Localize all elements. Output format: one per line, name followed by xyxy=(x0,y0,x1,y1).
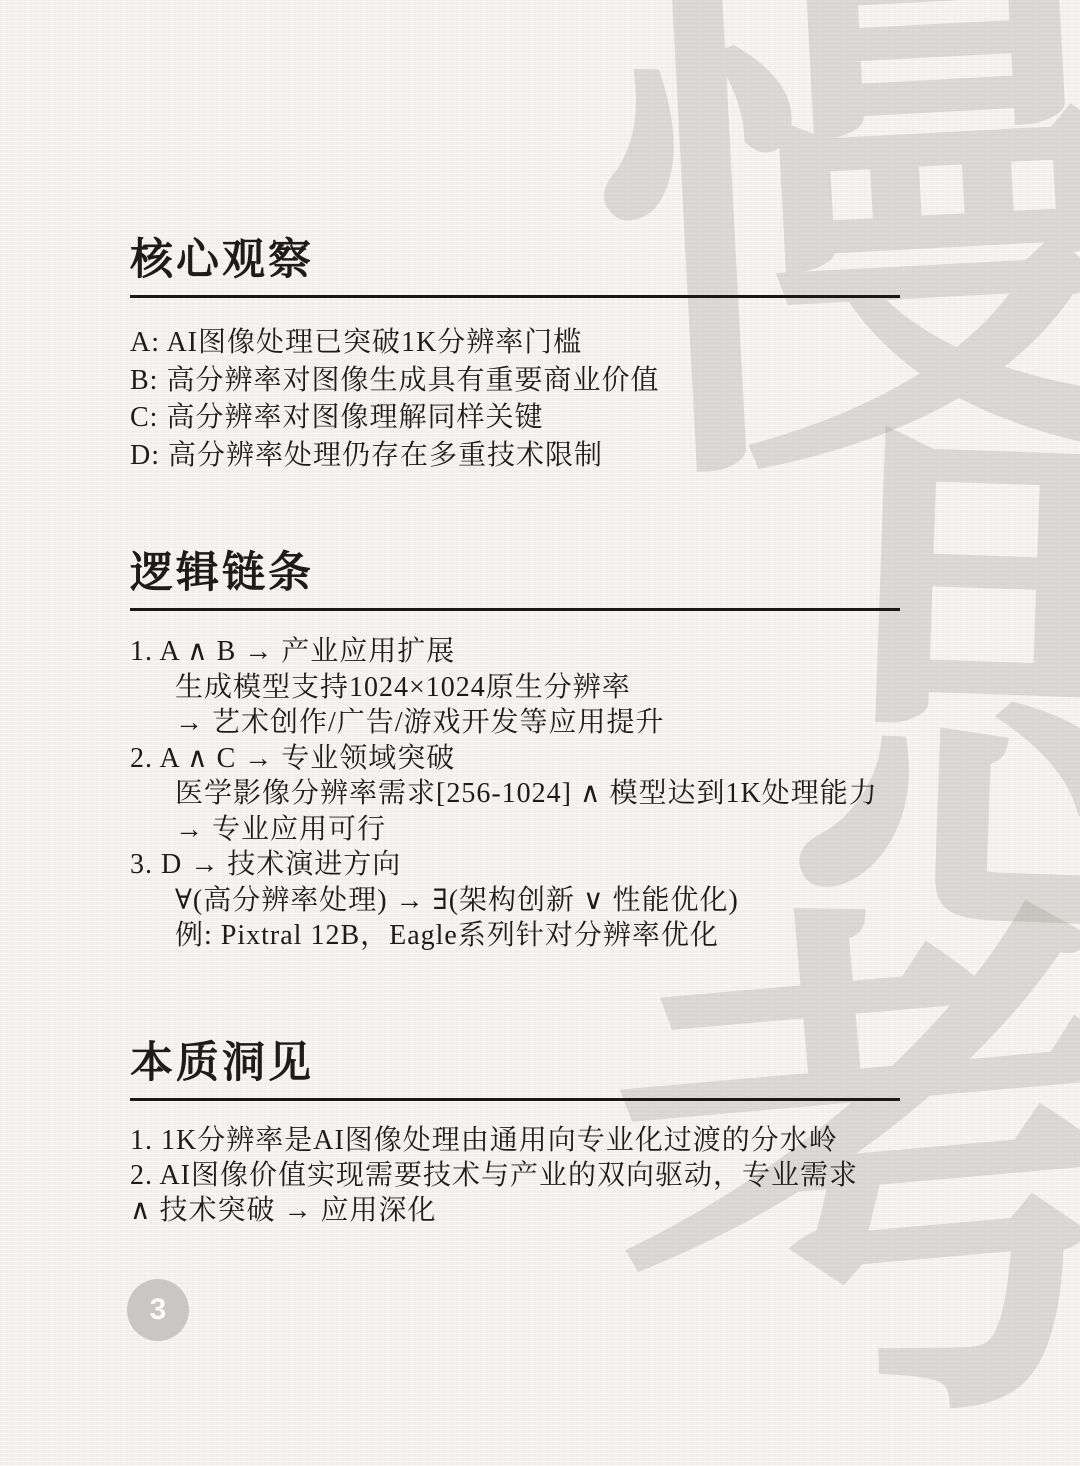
page-number-badge: 3 xyxy=(127,1279,189,1341)
logic-item-3-example: 例: Pixtral 12B，Eagle系列针对分辨率优化 xyxy=(130,918,970,954)
logic-item-2-result: → 专业应用可行 xyxy=(130,812,970,848)
insight-item-2: 2. AI图像价值实现需要技术与产业的双向驱动，专业需求 xyxy=(130,1158,970,1193)
observation-item-a: A: AI图像处理已突破1K分辨率门槛 xyxy=(130,324,970,362)
observation-list: A: AI图像处理已突破1K分辨率门槛 B: 高分辨率对图像生成具有重要商业价值… xyxy=(130,324,970,474)
logic-chain-list: 1. A ∧ B → 产业应用扩展 生成模型支持1024×1024原生分辨率 →… xyxy=(130,634,970,954)
logic-item-3: 3. D → 技术演进方向 xyxy=(130,847,970,883)
section-core-observations: 核心观察 A: AI图像处理已突破1K分辨率门槛 B: 高分辨率对图像生成具有重… xyxy=(130,236,970,474)
logic-item-3-detail: ∀(高分辨率处理) → ∃(架构创新 ∨ 性能优化) xyxy=(130,883,970,919)
logic-item-1: 1. A ∧ B → 产业应用扩展 xyxy=(130,634,970,670)
observation-item-d: D: 高分辨率处理仍存在多重技术限制 xyxy=(130,437,970,475)
section-essential-insights: 本质洞见 1. 1K分辨率是AI图像处理由通用向专业化过渡的分水岭 2. AI图… xyxy=(130,1039,970,1228)
divider-rule xyxy=(130,608,900,611)
logic-item-1-result: → 艺术创作/广告/游戏开发等应用提升 xyxy=(130,705,970,741)
logic-item-1-detail: 生成模型支持1024×1024原生分辨率 xyxy=(130,670,970,706)
observation-item-b: B: 高分辨率对图像生成具有重要商业价值 xyxy=(130,362,970,400)
logic-item-2: 2. A ∧ C → 专业领域突破 xyxy=(130,741,970,777)
section-title: 逻辑链条 xyxy=(130,549,970,599)
insight-item-2-continued: ∧ 技术突破 → 应用深化 xyxy=(130,1193,970,1228)
document-page: 慢 思 考 核心观察 A: AI图像处理已突破1K分辨率门槛 B: 高分辨率对图… xyxy=(0,0,1080,1466)
section-title: 核心观察 xyxy=(130,236,970,286)
observation-item-c: C: 高分辨率对图像理解同样关键 xyxy=(130,399,970,437)
divider-rule xyxy=(130,295,900,298)
insight-item-1: 1. 1K分辨率是AI图像处理由通用向专业化过渡的分水岭 xyxy=(130,1123,970,1158)
insight-list: 1. 1K分辨率是AI图像处理由通用向专业化过渡的分水岭 2. AI图像价值实现… xyxy=(130,1123,970,1228)
logic-item-2-detail: 医学影像分辨率需求[256-1024] ∧ 模型达到1K处理能力 xyxy=(130,776,970,812)
section-title: 本质洞见 xyxy=(130,1039,970,1089)
section-logic-chain: 逻辑链条 1. A ∧ B → 产业应用扩展 生成模型支持1024×1024原生… xyxy=(130,549,970,954)
divider-rule xyxy=(130,1098,900,1101)
